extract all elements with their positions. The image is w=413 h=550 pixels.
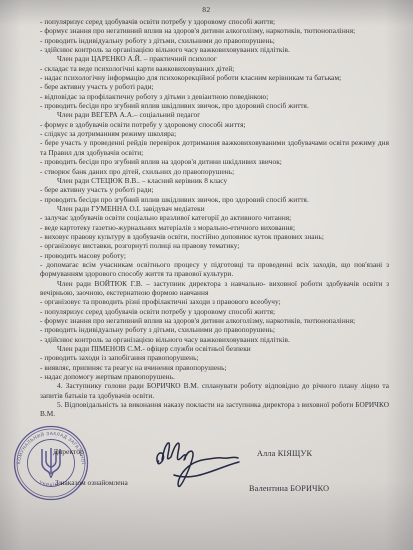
stamp-country-label: УКРАЇНА <box>38 480 64 489</box>
doc-paragraph-member: Член ради ВЕГЕРА А.А.– соціальний педаго… <box>40 110 389 119</box>
doc-paragraph-bullet: - популяризує серед здобувачів освіти по… <box>40 307 389 316</box>
doc-paragraph-member: Член ради ГУМЕННА О.І. завідувач медіате… <box>40 204 389 213</box>
doc-paragraph-bullet: - формує знання про негативний вплив на … <box>40 316 389 325</box>
doc-paragraph-numbered: 4. Заступнику голови ради БОРИЧКО В.М. с… <box>40 381 389 400</box>
doc-paragraph-bullet: - організовує та проводить різні профіла… <box>40 297 389 306</box>
doc-paragraph-bullet: - допомагає всім учасникам освітнього пр… <box>40 260 389 279</box>
official-round-stamp-icon: КОМУНАЛЬНИЙ ЗАКЛАД ЗАГАЛЬНОЇ СЕРЕДНЬОЇ О… <box>12 424 90 502</box>
document-photo: 82 - популяризує серед здобувачів освіти… <box>0 0 413 550</box>
doc-paragraph-bullet: - виявляє, припиняє та реагує на вчиненн… <box>40 363 389 372</box>
stamp-ring-label: КОМУНАЛЬНИЙ ЗАКЛАД ЗАГАЛЬНОЇ СЕРЕДНЬОЇ О… <box>12 424 87 466</box>
svg-text:УКРАЇНА: УКРАЇНА <box>38 480 64 489</box>
doc-paragraph-bullet: - проводить індивідуальну роботу з дітьм… <box>40 325 389 334</box>
document-text: - популяризує серед здобувачів освіти по… <box>40 17 389 419</box>
doc-paragraph-member: Член ради ЦАРЕНКО А.Й. – практичний псих… <box>40 54 389 63</box>
doc-paragraph-bullet: - здійснює контроль за організацією віль… <box>40 335 389 344</box>
doc-paragraph-bullet: - надає допомогу жертвам правопорушень. <box>40 372 389 381</box>
doc-paragraph-bullet: - надає психологічну інформацію для псих… <box>40 73 389 82</box>
doc-paragraph-bullet: - популяризує серед здобувачів освіти по… <box>40 17 389 26</box>
svg-text:КОМУНАЛЬНИЙ ЗАКЛАД ЗАГАЛЬНОЇ С: КОМУНАЛЬНИЙ ЗАКЛАД ЗАГАЛЬНОЇ СЕРЕДНЬОЇ О… <box>12 424 87 466</box>
tryzub-icon <box>42 448 60 478</box>
doc-paragraph-bullet: - проводить бесіди про згубний вплив шкі… <box>40 195 389 204</box>
doc-paragraph-bullet: - проводить масову роботу; <box>40 251 389 260</box>
doc-paragraph-bullet: - бере активну участь у роботі ради; <box>40 82 389 91</box>
doc-paragraph-bullet: - проводить бесіди про згубний вплив на … <box>40 157 389 166</box>
doc-paragraph-bullet: - проводить індивідуальну роботу з дітьм… <box>40 36 389 45</box>
doc-paragraph-member: Член ради ВОЙТЮК Г.В. – заступник директ… <box>40 279 389 298</box>
doc-paragraph-bullet: - відповідає за профілактичну роботу з д… <box>40 92 389 101</box>
deputy-name: Валентина БОРИЧКО <box>249 484 329 493</box>
doc-paragraph-bullet: - проводить заходи із запобігання правоп… <box>40 353 389 362</box>
doc-paragraph-bullet: - створює банк даних про дітей, схильних… <box>40 167 389 176</box>
director-name: Алла КІЯЩУК <box>257 449 312 458</box>
doc-paragraph-bullet: - виховує правову культуру в здобувачів … <box>40 232 389 241</box>
doc-paragraph-numbered: 5. Відповідальність за виконання наказу … <box>40 400 389 419</box>
doc-paragraph-bullet: - слідкує за дотриманням режиму школяра; <box>40 129 389 138</box>
doc-paragraph-bullet: - бере активну участь у роботі ради; <box>40 185 389 194</box>
doc-paragraph-bullet: - проводить бесіди про згубний вплив шкі… <box>40 101 389 110</box>
page-number: 82 <box>0 5 413 14</box>
doc-paragraph-bullet: - організовує виставки, розгорнуті полиц… <box>40 241 389 250</box>
doc-paragraph-bullet: - формує знання про негативний вплив на … <box>40 26 389 35</box>
doc-paragraph-member: Член ради ПІМЕНОВ С.М.- офіцер служби ос… <box>40 344 389 353</box>
doc-paragraph-bullet: - бере участь у проведенні рейдів переві… <box>40 138 389 157</box>
doc-paragraph-bullet: - веде картотеку газетно-журнальних мате… <box>40 223 389 232</box>
doc-paragraph-member: Член ради СТЕЦЮК В.В.. – класний керівни… <box>40 176 389 185</box>
handwritten-signature-icon <box>150 430 242 494</box>
doc-paragraph-bullet: - формує в здобувачів освіти потребу у з… <box>40 120 389 129</box>
doc-paragraph-bullet: - здійснює контроль за організацією віль… <box>40 45 389 54</box>
doc-paragraph-bullet: - складає та веде психологічні карти важ… <box>40 64 389 73</box>
doc-paragraph-bullet: - залучає здобувачів освіти соціально вр… <box>40 213 389 222</box>
